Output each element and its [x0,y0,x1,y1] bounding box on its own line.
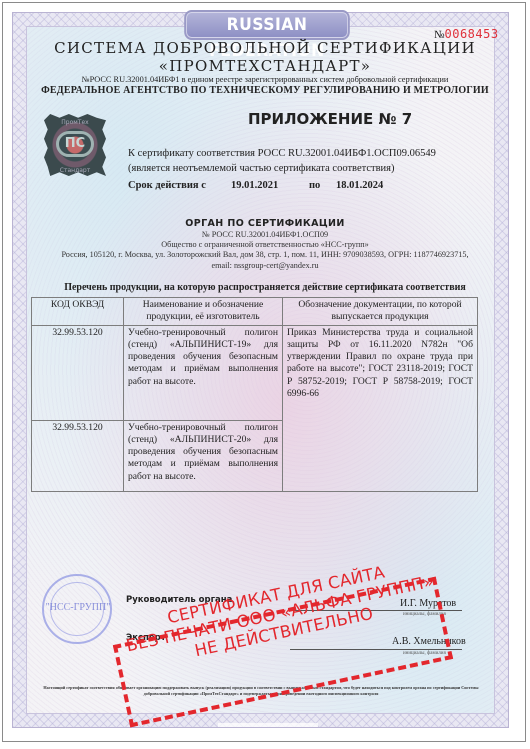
products-list-title: Перечень продукции, на которую распростр… [0,282,530,293]
product-code: 32.99.53.120 [32,325,124,420]
product-name: Учебно-тренировочный полигон (стенд) «АЛ… [124,325,283,420]
country-banner: RUSSIAN FEDERATION [184,10,350,40]
logo-mark: ПС [56,131,94,157]
product-name: Учебно-тренировочный полигон (стенд) «АЛ… [124,420,283,491]
logo-top-text: ПромТех [44,119,106,126]
validity-period: Срок действия с19.01.2021по18.01.2024 [128,180,383,191]
certification-body-email: email: nssgroup-cert@yandex.ru [0,261,530,271]
certificate-number-line: К сертификату соответствия РОСС RU.32001… [128,146,436,161]
valid-from: 19.01.2021 [231,180,309,191]
column-header-doc: Обозначение документации, по которой вып… [283,298,478,326]
validity-label: Срок действия с [128,180,231,191]
valid-to: 18.01.2024 [336,180,383,191]
system-title: СИСТЕМА ДОБРОВОЛЬНОЙ СЕРТИФИКАЦИИ [0,39,530,57]
validity-to-label: по [309,180,336,191]
table-row: 32.99.53.120 Учебно-тренировочный полиго… [32,325,478,420]
certification-body-details: № РОСС RU.32001.04ИБФ1.ОСП09 Общество с … [0,230,530,271]
certification-body-title: ОРГАН ПО СЕРТИФИКАЦИИ [0,218,530,229]
appendix-title: ПРИЛОЖЕНИЕ № 7 [248,110,412,128]
column-header-name: Наименование и обозначение продукции, её… [124,298,283,326]
certificate-reference: К сертификату соответствия РОСС RU.32001… [128,146,436,176]
products-table: КОД ОКВЭД Наименование и обозначение про… [31,297,478,492]
product-documentation: Приказ Министерства труда и социальной з… [283,325,478,491]
table-header-row: КОД ОКВЭД Наименование и обозначение про… [32,298,478,326]
agency-name: ФЕДЕРАЛЬНОЕ АГЕНТСТВО ПО ТЕХНИЧЕСКОМУ РЕ… [0,85,530,96]
certificate-note-line: (является неотъемлемой частью сертификат… [128,161,436,176]
logo-bottom-text: Стандарт [44,167,106,174]
certification-body-organization: Общество с ограниченной ответственностью… [0,240,530,250]
bottom-microtext [218,723,318,727]
certification-body-number: № РОСС RU.32001.04ИБФ1.ОСП09 [0,230,530,240]
system-name: «ПРОМТЕХСТАНДАРТ» [0,57,530,75]
stamp-text: "НСС-ГРУПП" [40,602,116,613]
column-header-code: КОД ОКВЭД [32,298,124,326]
certification-body-address: Россия, 105120, г. Москва, ул. Золоторож… [0,250,530,260]
registry-line: №РОСС RU.32001.04ИБФ1 в едином реестре з… [0,75,530,84]
product-code: 32.99.53.120 [32,420,124,491]
